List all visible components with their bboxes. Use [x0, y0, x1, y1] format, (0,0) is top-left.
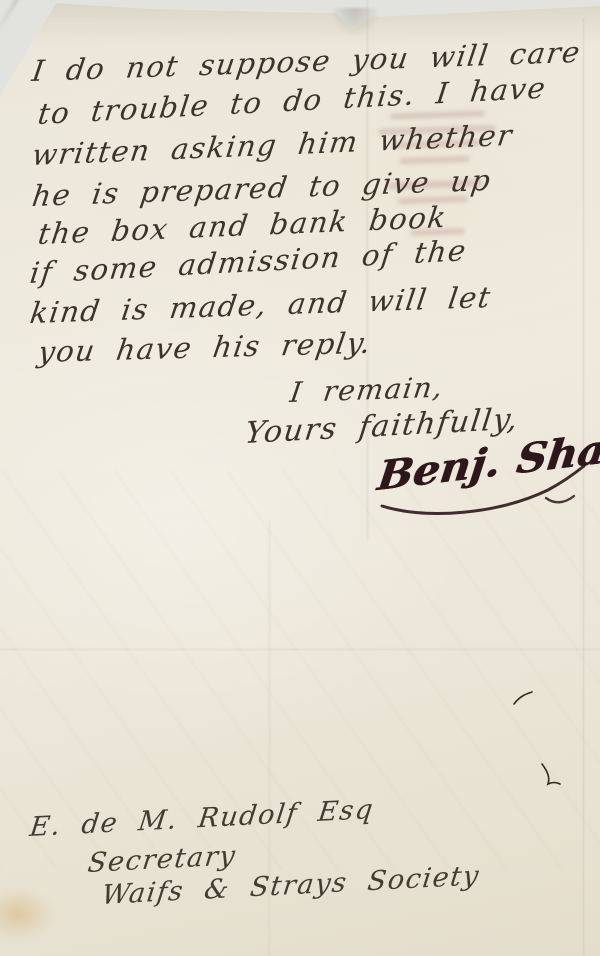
letter-closing: I remain, — [288, 371, 446, 409]
scanned-letter-page: I do not suppose you will care to troubl… — [0, 0, 600, 956]
ink-squiggle-icon — [512, 690, 534, 708]
ink-squiggle-icon — [538, 762, 562, 788]
top-edge-crease — [330, 8, 380, 38]
